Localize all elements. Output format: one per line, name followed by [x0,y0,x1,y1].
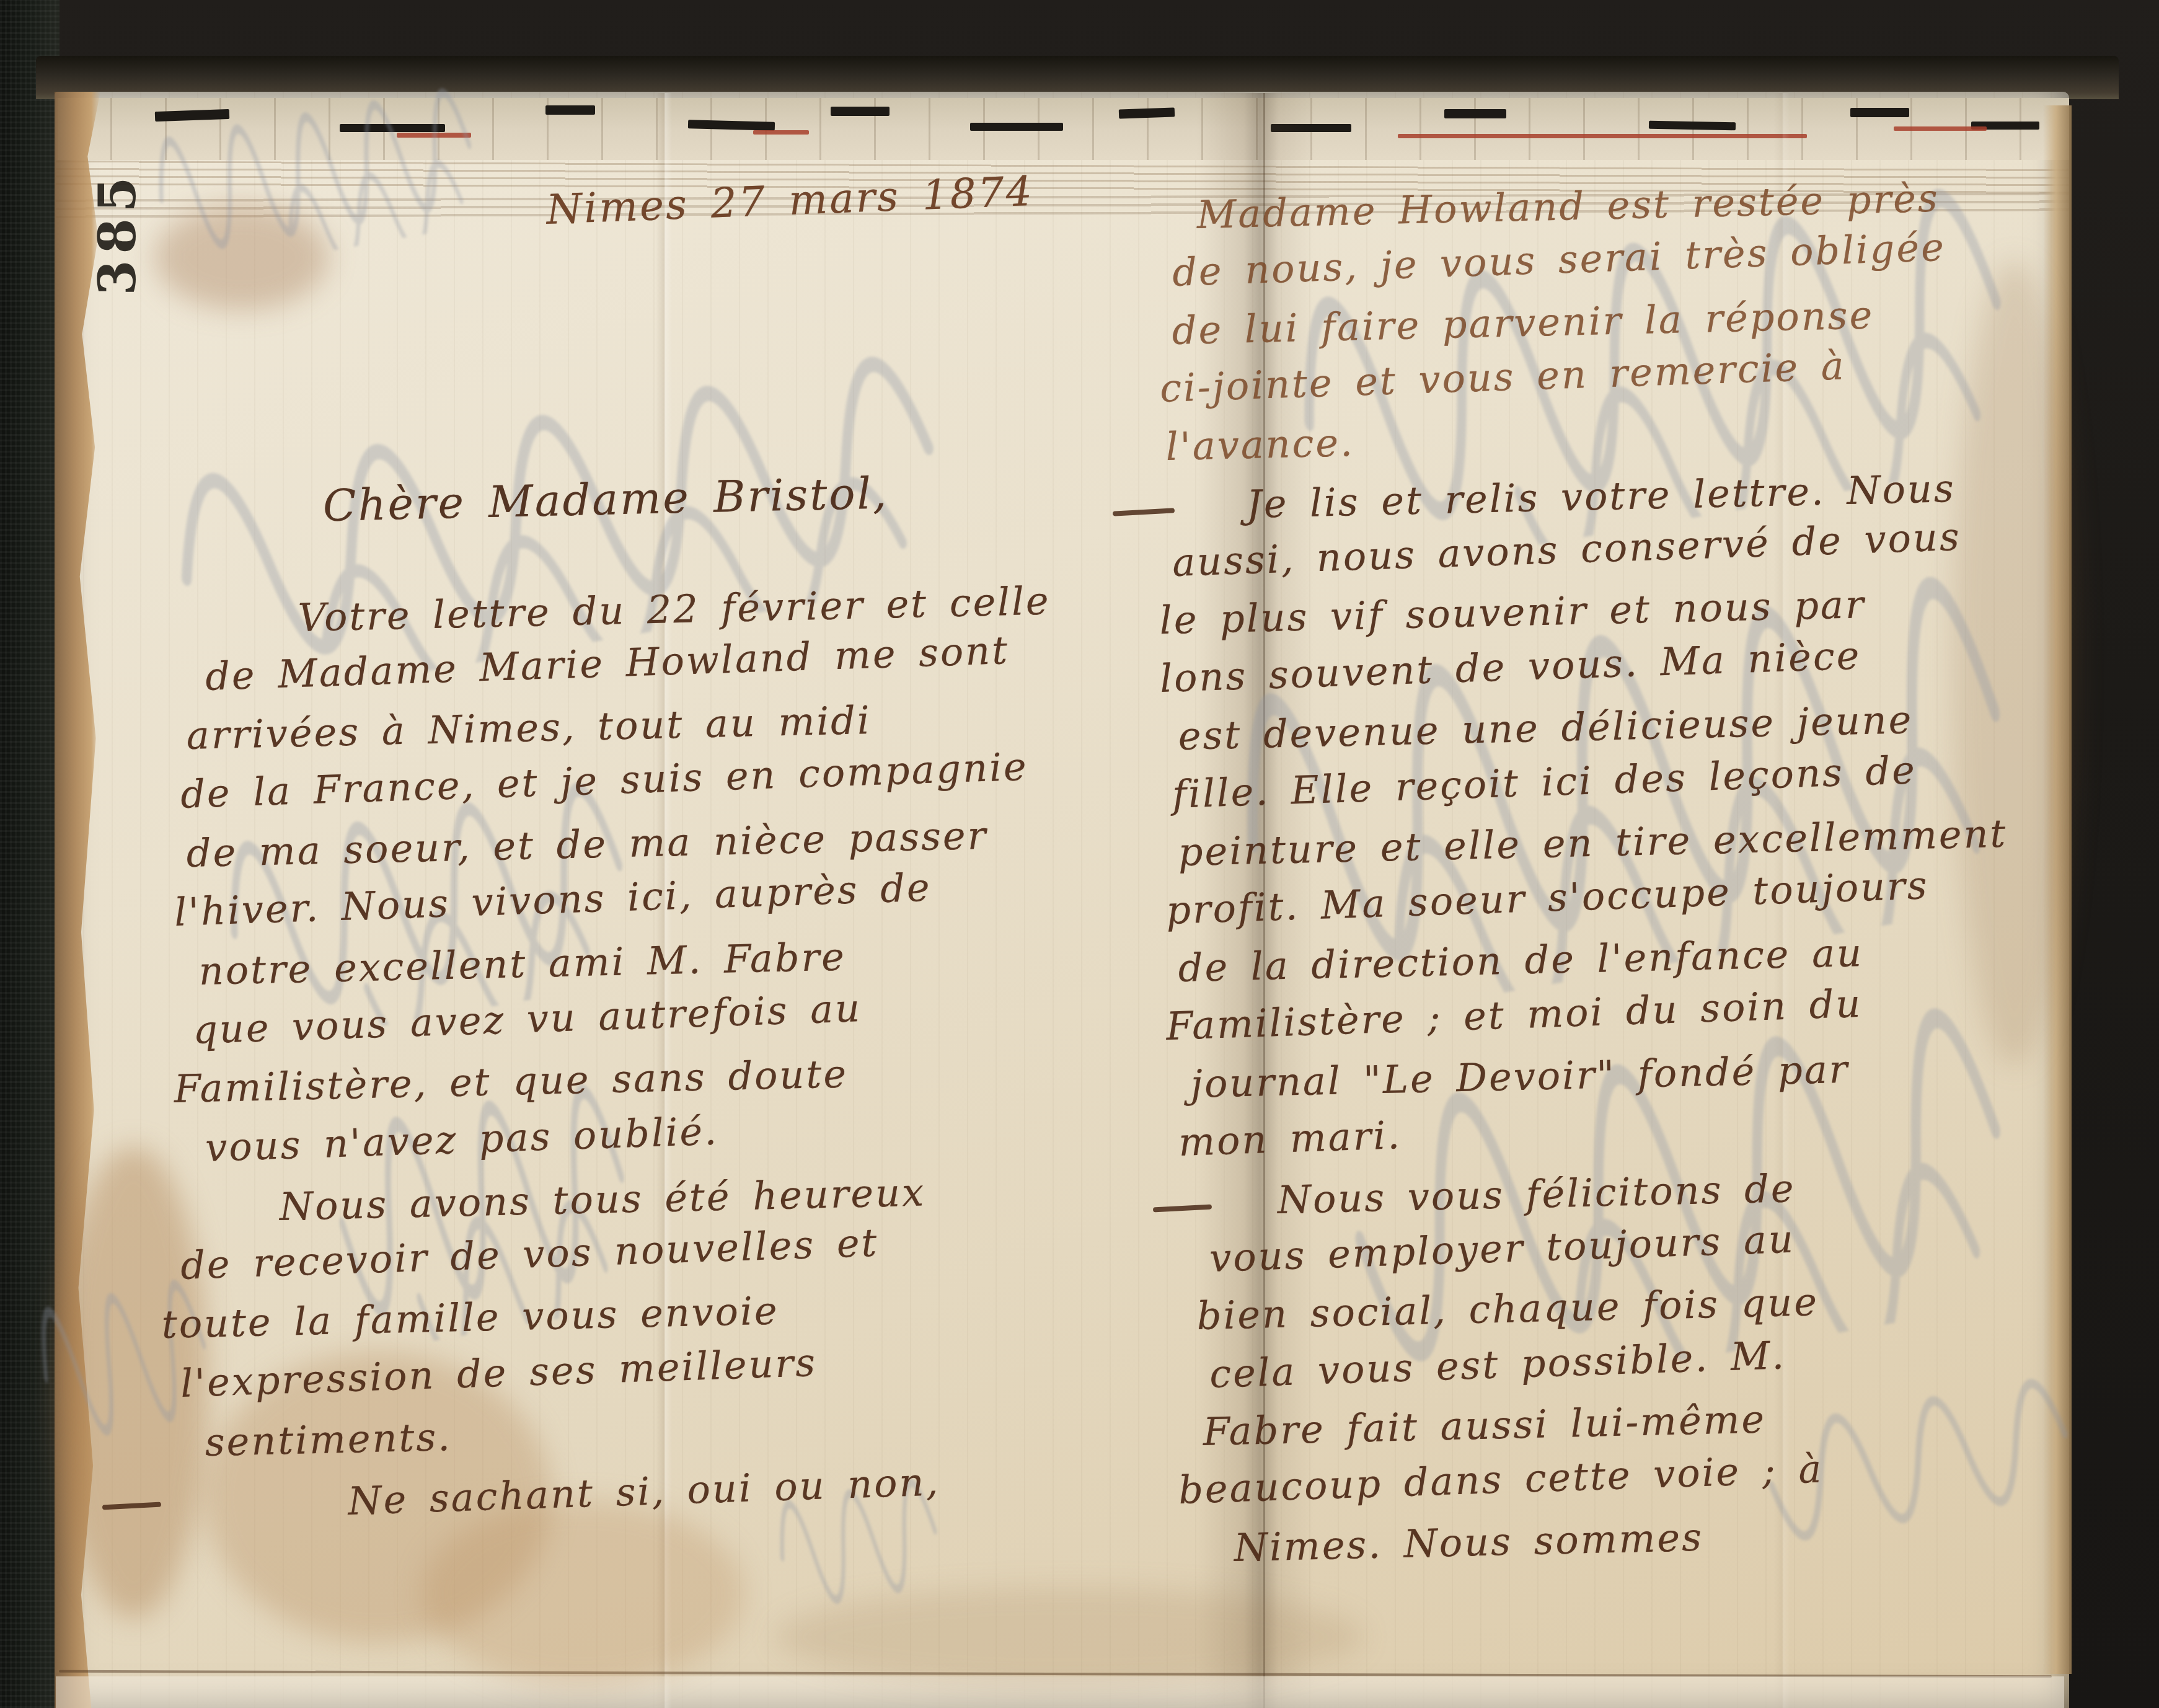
page-edge-mark [1649,121,1736,130]
handwritten-line: sentiments. [205,1414,453,1465]
page-edge-mark [1444,109,1506,118]
page-edge-mark [970,123,1063,131]
page-edge-mark [1119,107,1175,118]
page-edge-mark [545,105,595,115]
page-edge-mark-red [1894,126,1987,131]
letterbook-scan: 385 Nimes 27 mars 1874 Chère Madame Bris… [0,0,2159,1708]
page-number: 385 [88,170,148,295]
handwritten-line: l'avance. [1165,420,1354,469]
page-number-stamp: 385 [88,160,147,306]
book-cover-edge [0,0,60,1708]
page-edge-mark [831,107,890,116]
page-edge-mark-red [753,130,809,135]
page-edge-mark [1850,108,1909,117]
page-edge-mark-red [1398,134,1807,138]
handwritten-line: mon mari. [1178,1112,1402,1165]
stain [422,1500,744,1686]
